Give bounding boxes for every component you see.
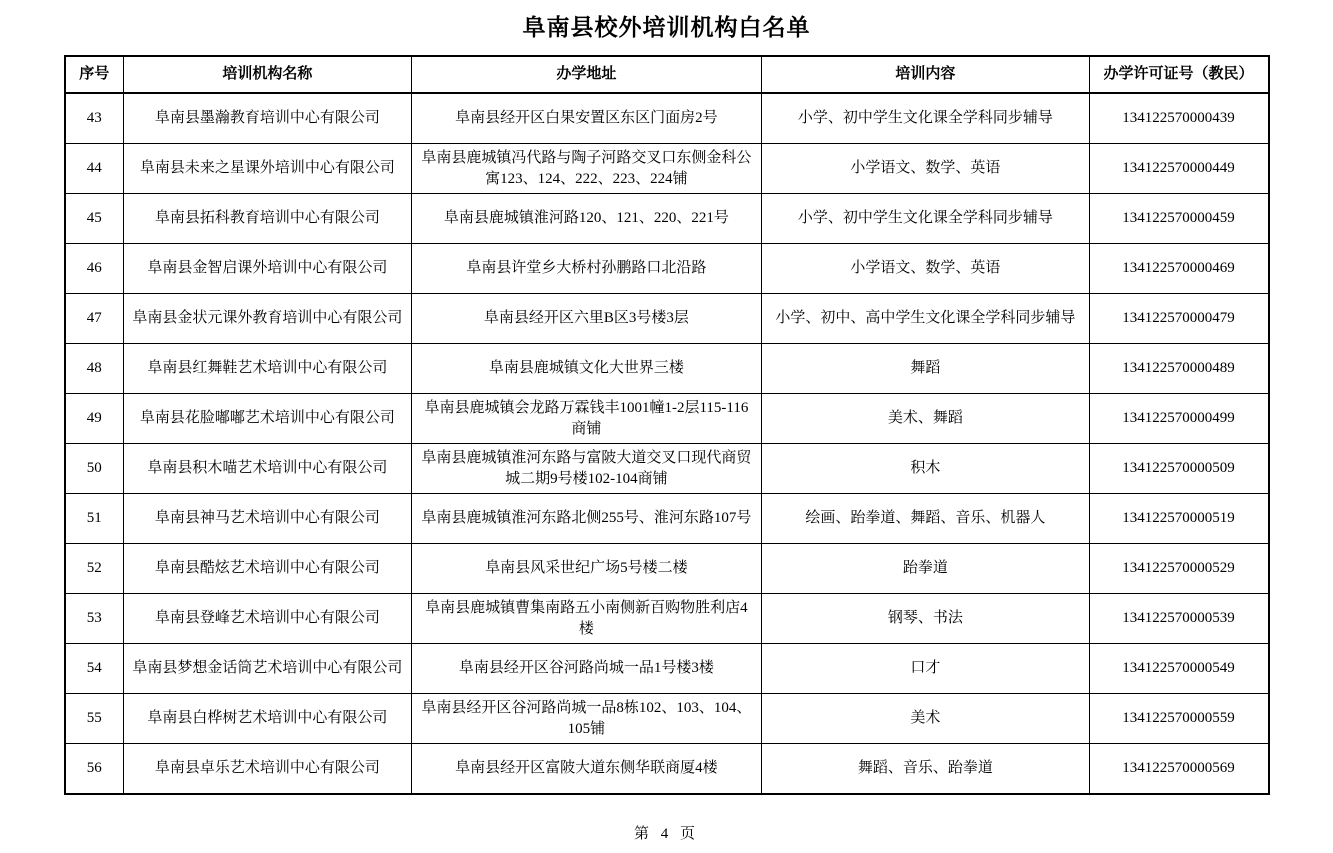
serial-number-cell: 46 [65, 244, 124, 294]
training-content-cell: 钢琴、书法 [762, 594, 1089, 644]
institution-name-cell: 阜南县酷炫艺术培训中心有限公司 [123, 544, 411, 594]
serial-number-cell: 54 [65, 644, 124, 694]
address-cell: 阜南县经开区六里B区3号楼3层 [411, 294, 761, 344]
document-page: 阜南县校外培训机构白名单 序号 培训机构名称 办学地址 培训内容 办学许可证号（… [0, 0, 1333, 853]
training-content-cell: 小学、初中学生文化课全学科同步辅导 [762, 93, 1089, 144]
training-content-cell: 舞蹈 [762, 344, 1089, 394]
license-number-cell: 134122570000569 [1089, 744, 1268, 795]
page-number: 第 4 页 [0, 822, 1333, 843]
training-content-cell: 口才 [762, 644, 1089, 694]
table-row: 44阜南县未来之星课外培训中心有限公司阜南县鹿城镇冯代路与陶子河路交叉口东侧金科… [65, 144, 1269, 194]
address-cell: 阜南县鹿城镇淮河路120、121、220、221号 [411, 194, 761, 244]
table-row: 49阜南县花脸嘟嘟艺术培训中心有限公司阜南县鹿城镇会龙路万霖钱丰1001幢1-2… [65, 394, 1269, 444]
serial-number-cell: 52 [65, 544, 124, 594]
address-cell: 阜南县鹿城镇曹集南路五小南侧新百购物胜利店4楼 [411, 594, 761, 644]
serial-number-cell: 50 [65, 444, 124, 494]
serial-number-cell: 53 [65, 594, 124, 644]
address-cell: 阜南县鹿城镇淮河东路北侧255号、淮河东路107号 [411, 494, 761, 544]
license-number-cell: 134122570000549 [1089, 644, 1268, 694]
institution-name-cell: 阜南县未来之星课外培训中心有限公司 [123, 144, 411, 194]
header-training-content: 培训内容 [762, 56, 1089, 93]
serial-number-cell: 45 [65, 194, 124, 244]
serial-number-cell: 43 [65, 93, 124, 144]
training-content-cell: 美术 [762, 694, 1089, 744]
table-row: 45阜南县拓科教育培训中心有限公司阜南县鹿城镇淮河路120、121、220、22… [65, 194, 1269, 244]
serial-number-cell: 48 [65, 344, 124, 394]
training-content-cell: 小学语文、数学、英语 [762, 144, 1089, 194]
training-content-cell: 小学、初中、高中学生文化课全学科同步辅导 [762, 294, 1089, 344]
license-number-cell: 134122570000439 [1089, 93, 1268, 144]
serial-number-cell: 47 [65, 294, 124, 344]
address-cell: 阜南县鹿城镇文化大世界三楼 [411, 344, 761, 394]
table-row: 50阜南县积木喵艺术培训中心有限公司阜南县鹿城镇淮河东路与富陂大道交叉口现代商贸… [65, 444, 1269, 494]
license-number-cell: 134122570000529 [1089, 544, 1268, 594]
serial-number-cell: 55 [65, 694, 124, 744]
institution-name-cell: 阜南县卓乐艺术培训中心有限公司 [123, 744, 411, 795]
license-number-cell: 134122570000489 [1089, 344, 1268, 394]
institution-name-cell: 阜南县白桦树艺术培训中心有限公司 [123, 694, 411, 744]
table-row: 47阜南县金状元课外教育培训中心有限公司阜南县经开区六里B区3号楼3层小学、初中… [65, 294, 1269, 344]
table-row: 51阜南县神马艺术培训中心有限公司阜南县鹿城镇淮河东路北侧255号、淮河东路10… [65, 494, 1269, 544]
page-title: 阜南县校外培训机构白名单 [0, 0, 1333, 42]
table-header-row: 序号 培训机构名称 办学地址 培训内容 办学许可证号（教民） [65, 56, 1269, 93]
serial-number-cell: 44 [65, 144, 124, 194]
address-cell: 阜南县鹿城镇淮河东路与富陂大道交叉口现代商贸城二期9号楼102-104商铺 [411, 444, 761, 494]
license-number-cell: 134122570000559 [1089, 694, 1268, 744]
header-institution-name: 培训机构名称 [123, 56, 411, 93]
training-content-cell: 美术、舞蹈 [762, 394, 1089, 444]
training-content-cell: 绘画、跆拳道、舞蹈、音乐、机器人 [762, 494, 1089, 544]
address-cell: 阜南县经开区白果安置区东区门面房2号 [411, 93, 761, 144]
table-row: 56阜南县卓乐艺术培训中心有限公司阜南县经开区富陂大道东侧华联商厦4楼舞蹈、音乐… [65, 744, 1269, 795]
institution-name-cell: 阜南县登峰艺术培训中心有限公司 [123, 594, 411, 644]
table-row: 43阜南县墨瀚教育培训中心有限公司阜南县经开区白果安置区东区门面房2号小学、初中… [65, 93, 1269, 144]
serial-number-cell: 49 [65, 394, 124, 444]
institution-name-cell: 阜南县金状元课外教育培训中心有限公司 [123, 294, 411, 344]
header-serial-number: 序号 [65, 56, 124, 93]
header-license-number: 办学许可证号（教民） [1089, 56, 1268, 93]
institution-name-cell: 阜南县金智启课外培训中心有限公司 [123, 244, 411, 294]
license-number-cell: 134122570000519 [1089, 494, 1268, 544]
address-cell: 阜南县鹿城镇冯代路与陶子河路交叉口东侧金科公寓123、124、222、223、2… [411, 144, 761, 194]
training-content-cell: 小学语文、数学、英语 [762, 244, 1089, 294]
license-number-cell: 134122570000499 [1089, 394, 1268, 444]
table-row: 55阜南县白桦树艺术培训中心有限公司阜南县经开区谷河路尚城一品8栋102、103… [65, 694, 1269, 744]
table-row: 48阜南县红舞鞋艺术培训中心有限公司阜南县鹿城镇文化大世界三楼舞蹈1341225… [65, 344, 1269, 394]
whitelist-table: 序号 培训机构名称 办学地址 培训内容 办学许可证号（教民） 43阜南县墨瀚教育… [64, 55, 1270, 795]
institution-name-cell: 阜南县积木喵艺术培训中心有限公司 [123, 444, 411, 494]
license-number-cell: 134122570000509 [1089, 444, 1268, 494]
serial-number-cell: 56 [65, 744, 124, 795]
table-row: 54阜南县梦想金话筒艺术培训中心有限公司阜南县经开区谷河路尚城一品1号楼3楼口才… [65, 644, 1269, 694]
header-school-address: 办学地址 [411, 56, 761, 93]
address-cell: 阜南县经开区谷河路尚城一品1号楼3楼 [411, 644, 761, 694]
license-number-cell: 134122570000459 [1089, 194, 1268, 244]
institution-name-cell: 阜南县梦想金话筒艺术培训中心有限公司 [123, 644, 411, 694]
address-cell: 阜南县风采世纪广场5号楼二楼 [411, 544, 761, 594]
training-content-cell: 跆拳道 [762, 544, 1089, 594]
address-cell: 阜南县鹿城镇会龙路万霖钱丰1001幢1-2层115-116商铺 [411, 394, 761, 444]
table-body: 43阜南县墨瀚教育培训中心有限公司阜南县经开区白果安置区东区门面房2号小学、初中… [65, 93, 1269, 794]
table-row: 52阜南县酷炫艺术培训中心有限公司阜南县风采世纪广场5号楼二楼跆拳道134122… [65, 544, 1269, 594]
serial-number-cell: 51 [65, 494, 124, 544]
institution-name-cell: 阜南县红舞鞋艺术培训中心有限公司 [123, 344, 411, 394]
license-number-cell: 134122570000469 [1089, 244, 1268, 294]
address-cell: 阜南县经开区谷河路尚城一品8栋102、103、104、105铺 [411, 694, 761, 744]
table-row: 46阜南县金智启课外培训中心有限公司阜南县许堂乡大桥村孙鹏路口北沿路小学语文、数… [65, 244, 1269, 294]
address-cell: 阜南县许堂乡大桥村孙鹏路口北沿路 [411, 244, 761, 294]
institution-name-cell: 阜南县神马艺术培训中心有限公司 [123, 494, 411, 544]
license-number-cell: 134122570000479 [1089, 294, 1268, 344]
training-content-cell: 小学、初中学生文化课全学科同步辅导 [762, 194, 1089, 244]
table-row: 53阜南县登峰艺术培训中心有限公司阜南县鹿城镇曹集南路五小南侧新百购物胜利店4楼… [65, 594, 1269, 644]
training-content-cell: 舞蹈、音乐、跆拳道 [762, 744, 1089, 795]
training-content-cell: 积木 [762, 444, 1089, 494]
institution-name-cell: 阜南县拓科教育培训中心有限公司 [123, 194, 411, 244]
institution-name-cell: 阜南县墨瀚教育培训中心有限公司 [123, 93, 411, 144]
address-cell: 阜南县经开区富陂大道东侧华联商厦4楼 [411, 744, 761, 795]
license-number-cell: 134122570000449 [1089, 144, 1268, 194]
institution-name-cell: 阜南县花脸嘟嘟艺术培训中心有限公司 [123, 394, 411, 444]
license-number-cell: 134122570000539 [1089, 594, 1268, 644]
